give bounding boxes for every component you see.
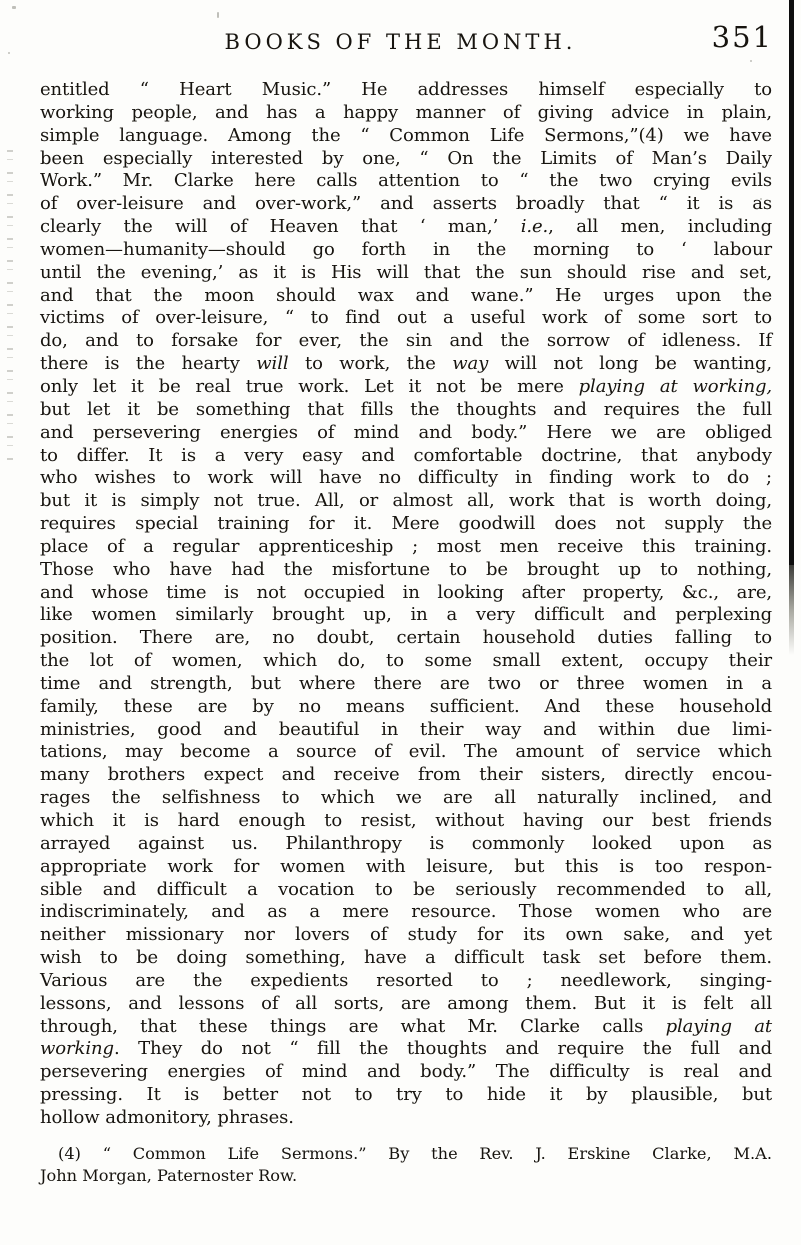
scan-artifact bbox=[760, 198, 762, 200]
scan-artifact bbox=[8, 52, 10, 54]
text-line: arrayed against us. Philanthropy is comm… bbox=[40, 833, 772, 856]
text-line: clearly the will of Heaven that ‘ man,’ … bbox=[40, 216, 772, 239]
text-line: there is the hearty will to work, the wa… bbox=[40, 353, 772, 376]
footnote: (4) “ Common Life Sermons.” By the Rev. … bbox=[40, 1143, 772, 1186]
scan-artifact bbox=[12, 6, 16, 9]
text-line: appropriate work for women with leisure,… bbox=[40, 856, 772, 879]
text-line: Various are the expedients resorted to ;… bbox=[40, 970, 772, 993]
text-line: hollow admonitory, phrases. bbox=[40, 1107, 772, 1130]
scan-artifact bbox=[7, 150, 13, 460]
text-line: pressing. It is better not to try to hid… bbox=[40, 1084, 772, 1107]
text-line: and that the moon should wax and wane.” … bbox=[40, 285, 772, 308]
text-line: of over-leisure and over-work,” and asse… bbox=[40, 193, 772, 216]
text-line: place of a regular apprenticeship ; most… bbox=[40, 536, 772, 559]
text-line: victims of over-leisure, “ to find out a… bbox=[40, 307, 772, 330]
text-line: time and strength, but where there are t… bbox=[40, 673, 772, 696]
text-line: Those who have had the misfortune to be … bbox=[40, 559, 772, 582]
scanned-book-page: BOOKS OF THE MONTH. 351 entitled “ Heart… bbox=[0, 0, 801, 1245]
text-line: ministries, good and beautiful in their … bbox=[40, 719, 772, 742]
text-line: to differ. It is a very easy and comfort… bbox=[40, 445, 772, 468]
text-line: through, that these things are what Mr. … bbox=[40, 1016, 772, 1039]
text-line: entitled “ Heart Music.” He addresses hi… bbox=[40, 79, 772, 102]
text-line: tations, may become a source of evil. Th… bbox=[40, 741, 772, 764]
text-line: but let it be something that fills the t… bbox=[40, 399, 772, 422]
scan-artifact bbox=[750, 60, 752, 62]
text-line: working people, and has a happy manner o… bbox=[40, 102, 772, 125]
text-line: neither missionary nor lovers of study f… bbox=[40, 924, 772, 947]
text-line: Work.” Mr. Clarke here calls attention t… bbox=[40, 170, 772, 193]
text-line: but it is simply not true. All, or almos… bbox=[40, 490, 772, 513]
scan-artifact bbox=[217, 12, 219, 18]
text-line: wish to be doing something, have a diffi… bbox=[40, 947, 772, 970]
text-line: only let it be real true work. Let it no… bbox=[40, 376, 772, 399]
scan-artifact bbox=[688, 1086, 692, 1088]
page-number: 351 bbox=[712, 20, 773, 54]
text-line: who wishes to work will have no difficul… bbox=[40, 467, 772, 490]
text-line: the lot of women, which do, to some smal… bbox=[40, 650, 772, 673]
article-body: entitled “ Heart Music.” He addresses hi… bbox=[40, 79, 772, 1130]
text-line: family, these are by no means sufficient… bbox=[40, 696, 772, 719]
scan-edge-bar bbox=[789, 0, 794, 565]
text-line: requires special training for it. Mere g… bbox=[40, 513, 772, 536]
text-line: rages the selfishness to which we are al… bbox=[40, 787, 772, 810]
text-line: (4) “ Common Life Sermons.” By the Rev. … bbox=[40, 1143, 772, 1165]
text-line: many brothers expect and receive from th… bbox=[40, 764, 772, 787]
text-line: and whose time is not occupied in lookin… bbox=[40, 582, 772, 605]
text-line: like women similarly brought up, in a ve… bbox=[40, 604, 772, 627]
scan-edge-bar-fade bbox=[789, 565, 794, 655]
text-line: been especially interested by one, “ On … bbox=[40, 148, 772, 171]
text-line: lessons, and lessons of all sorts, are a… bbox=[40, 993, 772, 1016]
text-line: indiscriminately, and as a mere resource… bbox=[40, 901, 772, 924]
text-line: until the evening,’ as it is His will th… bbox=[40, 262, 772, 285]
page-header-title: BOOKS OF THE MONTH. bbox=[0, 30, 801, 54]
text-line: women—humanity—should go forth in the mo… bbox=[40, 239, 772, 262]
text-line: John Morgan, Paternoster Row. bbox=[40, 1165, 772, 1187]
text-line: position. There are, no doubt, certain h… bbox=[40, 627, 772, 650]
text-line: which it is hard enough to resist, witho… bbox=[40, 810, 772, 833]
text-line: and persevering energies of mind and bod… bbox=[40, 422, 772, 445]
text-line: sible and difficult a vocation to be ser… bbox=[40, 879, 772, 902]
text-line: persevering energies of mind and body.” … bbox=[40, 1061, 772, 1084]
text-line: working. They do not “ fill the thoughts… bbox=[40, 1038, 772, 1061]
text-line: do, and to forsake for ever, the sin and… bbox=[40, 330, 772, 353]
text-line: simple language. Among the “ Common Life… bbox=[40, 125, 772, 148]
